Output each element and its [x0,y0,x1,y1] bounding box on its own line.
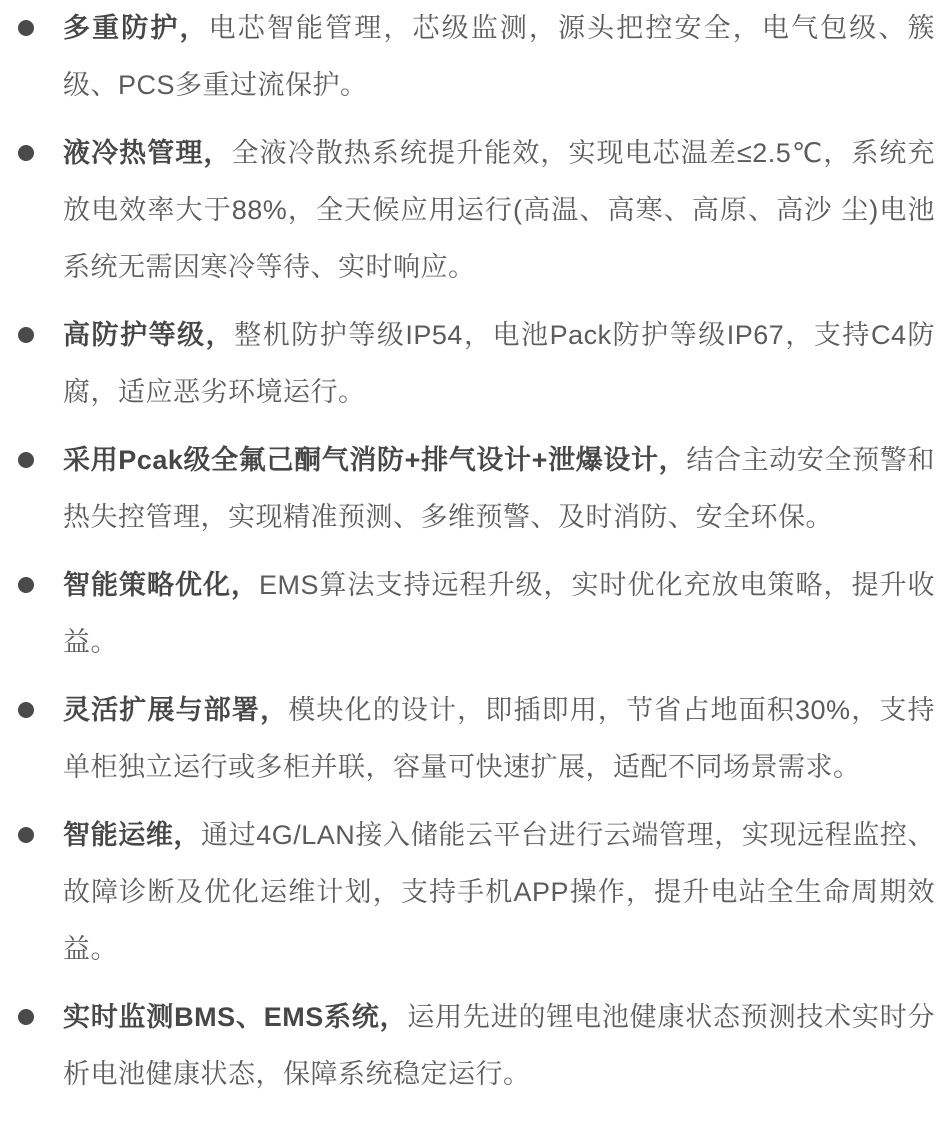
feature-text: 智能策略优化，EMS算法支持远程升级，实时优化充放电策略，提升收益。 [63,557,935,671]
list-item: 采用Pcak级全氟己酮气消防+排气设计+泄爆设计，结合主动安全预警和热失控管理，… [18,432,935,546]
feature-text: 灵活扩展与部署，模块化的设计，即插即用，节省占地面积30%，支持单柜独立运行或多… [63,682,935,796]
feature-text: 采用Pcak级全氟己酮气消防+排气设计+泄爆设计，结合主动安全预警和热失控管理，… [63,432,935,546]
bullet-icon [18,452,34,468]
bullet-icon [18,827,34,843]
feature-title: 实时监测BMS、EMS系统， [63,1002,407,1032]
document-page: 多重防护，电芯智能管理，芯级监测，源头把控安全，电气包级、簇级、PCS多重过流保… [0,0,951,1134]
feature-text: 多重防护，电芯智能管理，芯级监测，源头把控安全，电气包级、簇级、PCS多重过流保… [63,0,935,114]
feature-text: 实时监测BMS、EMS系统，运用先进的锂电池健康状态预测技术实时分析电池健康状态… [63,989,935,1103]
feature-title: 多重防护， [63,13,209,43]
list-item: 液冷热管理，全液冷散热系统提升能效，实现电芯温差≤2.5℃，系统充放电效率大于8… [18,125,935,296]
feature-title: 智能策略优化， [63,570,259,600]
bullet-icon [18,145,34,161]
feature-title: 智能运维， [63,820,201,850]
bullet-icon [18,20,34,36]
feature-title: 灵活扩展与部署， [63,695,288,725]
list-item: 智能运维，通过4G/LAN接入储能云平台进行云端管理，实现远程监控、故障诊断及优… [18,807,935,978]
feature-title: 采用Pcak级全氟己酮气消防+排气设计+泄爆设计， [63,445,686,475]
bullet-icon [18,1009,34,1025]
feature-title: 高防护等级， [63,320,234,350]
feature-list: 多重防护，电芯智能管理，芯级监测，源头把控安全，电气包级、簇级、PCS多重过流保… [18,0,935,1103]
list-item: 灵活扩展与部署，模块化的设计，即插即用，节省占地面积30%，支持单柜独立运行或多… [18,682,935,796]
bullet-icon [18,702,34,718]
bullet-icon [18,577,34,593]
list-item: 多重防护，电芯智能管理，芯级监测，源头把控安全，电气包级、簇级、PCS多重过流保… [18,0,935,114]
list-item: 智能策略优化，EMS算法支持远程升级，实时优化充放电策略，提升收益。 [18,557,935,671]
list-item: 实时监测BMS、EMS系统，运用先进的锂电池健康状态预测技术实时分析电池健康状态… [18,989,935,1103]
bullet-icon [18,327,34,343]
feature-text: 高防护等级，整机防护等级IP54，电池Pack防护等级IP67，支持C4防腐，适… [63,307,935,421]
list-item: 高防护等级，整机防护等级IP54，电池Pack防护等级IP67，支持C4防腐，适… [18,307,935,421]
feature-text: 智能运维，通过4G/LAN接入储能云平台进行云端管理，实现远程监控、故障诊断及优… [63,807,935,978]
feature-text: 液冷热管理，全液冷散热系统提升能效，实现电芯温差≤2.5℃，系统充放电效率大于8… [63,125,935,296]
feature-title: 液冷热管理， [63,138,231,168]
